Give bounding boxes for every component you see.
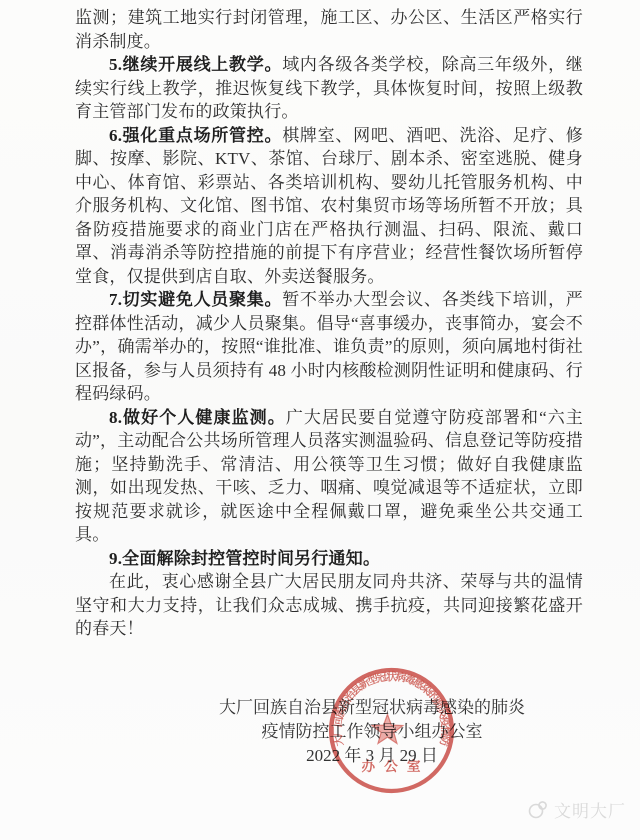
watermark-label: 文明大厂 (554, 797, 626, 822)
brand-watermark: 文明大厂 (527, 797, 626, 821)
paragraph-text: 在此，衷心感谢全县广大居民朋友同舟共济、荣辱与共的温情坚守和大力支持，让我们众志… (75, 572, 583, 638)
wenming-dachang-logo-icon (527, 799, 549, 819)
section-heading: 6.强化重点场所管控。 (109, 126, 282, 145)
item-6-key-venues-control: 6.强化重点场所管控。棋牌室、网吧、酒吧、洗浴、足疗、修脚、按摩、影院、KTV、… (75, 124, 583, 289)
intro-continuation: 监测；建筑工地实行封闭管理，施工区、办公区、生活区严格实行消杀制度。 (75, 6, 583, 53)
item-9-lifting-controls-notice: 9.全面解除封控管控时间另行通知。 (75, 547, 583, 571)
notice-document: 监测；建筑工地实行封闭管理，施工区、办公区、生活区严格实行消杀制度。5.继续开展… (0, 0, 640, 641)
section-heading: 7.切实避免人员聚集。 (109, 290, 282, 309)
paragraph-text: 棋牌室、网吧、酒吧、洗浴、足疗、修脚、按摩、影院、KTV、茶馆、台球厅、剧本杀、… (75, 126, 583, 286)
item-5-online-teaching: 5.继续开展线上教学。域内各级各类学校，除高三年级外，继续实行线上教学，推迟恢复… (75, 53, 583, 124)
signature-org-line1: 大厂回族自治县新型冠状病毒感染的肺炎 (213, 696, 531, 720)
signature-org-line2: 疫情防控工作领导小组办公室 (213, 720, 531, 744)
closing-thanks: 在此，衷心感谢全县广大居民朋友同舟共济、荣辱与共的温情坚守和大力支持，让我们众志… (75, 570, 583, 641)
item-8-personal-health-monitoring: 8.做好个人健康监测。广大居民要自觉遵守防疫部署和“六主动”，主动配合公共场所管… (75, 406, 583, 547)
item-7-avoid-gathering: 7.切实避免人员聚集。暂不举办大型会议、各类线下培训，严控群体性活动，减少人员聚… (75, 288, 583, 406)
section-heading: 9.全面解除封控管控时间另行通知。 (109, 549, 380, 568)
paragraph-text: 监测；建筑工地实行封闭管理，施工区、办公区、生活区严格实行消杀制度。 (75, 8, 583, 51)
paragraph-text: 广大居民要自觉遵守防疫部署和“六主动”，主动配合公共场所管理人员落实测温验码、信… (75, 408, 583, 545)
signature-date: 2022 年 3 月 29 日 (213, 744, 531, 768)
signature-block: 大厂回族自治县新型冠状病毒感染的肺炎 疫情防控工作领导小组办公室 2022 年 … (213, 696, 531, 767)
document-body: 监测；建筑工地实行封闭管理，施工区、办公区、生活区严格实行消杀制度。5.继续开展… (0, 0, 640, 641)
section-heading: 8.做好个人健康监测。 (109, 408, 286, 427)
section-heading: 5.继续开展线上教学。 (109, 55, 282, 74)
